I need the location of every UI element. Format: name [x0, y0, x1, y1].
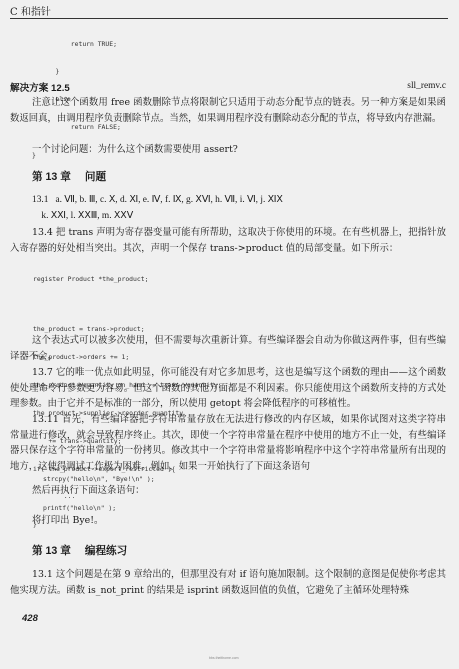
result-text: 将打印出 Bye!。 [32, 513, 332, 529]
chapter-heading-questions: 第 13 章问题 [32, 169, 106, 184]
chapter-label: 问题 [85, 171, 106, 183]
exercise-13-1: 13.1 这个问题是在第 9 章给出的，但那里没有对 if 语句施加限制。这个限… [10, 567, 446, 598]
then-text: 然后再执行下面这条语句： [32, 483, 332, 499]
header-rule [10, 18, 448, 19]
answer-13-11: 13.11 首先，有些编译器把字符串常量存放在无法进行修改的内存区域，如果你试图… [10, 412, 446, 474]
code-line: register Product *the_product; [33, 275, 222, 284]
code-printf: printf("hello\n" ); [43, 504, 116, 513]
chapter-number: 第 13 章 [32, 545, 71, 557]
running-title: C 和指针 [10, 3, 51, 18]
answer-13-1-line1: 13.1 a. Ⅶ, b. Ⅲ, c. Ⅹ, d. Ⅺ, e. Ⅳ, f. Ⅸ,… [32, 194, 283, 205]
chapter-heading-exercises: 第 13 章编程练习 [32, 543, 127, 558]
code-line: } [40, 67, 121, 76]
code-blank [33, 302, 222, 306]
solution-paragraph: 注意让这个函数用 free 函数删除节点将限制它只适用于动态分配节点的链表。另一… [10, 95, 446, 126]
page-number: 428 [22, 613, 38, 624]
code-line: return TRUE; [40, 40, 121, 49]
chapter-label: 编程练习 [85, 545, 127, 557]
footer-watermark: bbs.theithome.com [209, 656, 239, 660]
answer-13-4: 13.4 把 trans 声明为寄存器变量可能有所帮助，这取决于你使用的环境。在… [10, 225, 446, 256]
solution-title: 解决方案 12.5 [10, 80, 70, 94]
discussion-question: 一个讨论问题：为什么这个函数需要使用 assert? [10, 142, 446, 158]
solution-filename: sll_remv.c [407, 81, 446, 91]
after-code-paragraph: 这个表达式可以被多次使用，但不需要每次重新计算。有些编译器会自动为你做这两件事，… [10, 333, 446, 364]
answer-13-1-line2: k. ⅩⅪ, l. ⅩⅩⅢ, m. ⅩⅩⅤ [32, 210, 133, 221]
chapter-number: 第 13 章 [32, 171, 71, 183]
answer-13-7: 13.7 它的唯一优点如此明显，你可能没有对它多加思考，这也是编写这个函数的理由… [10, 365, 446, 412]
book-page: C 和指针 return TRUE; } else return FALSE; … [0, 0, 459, 669]
